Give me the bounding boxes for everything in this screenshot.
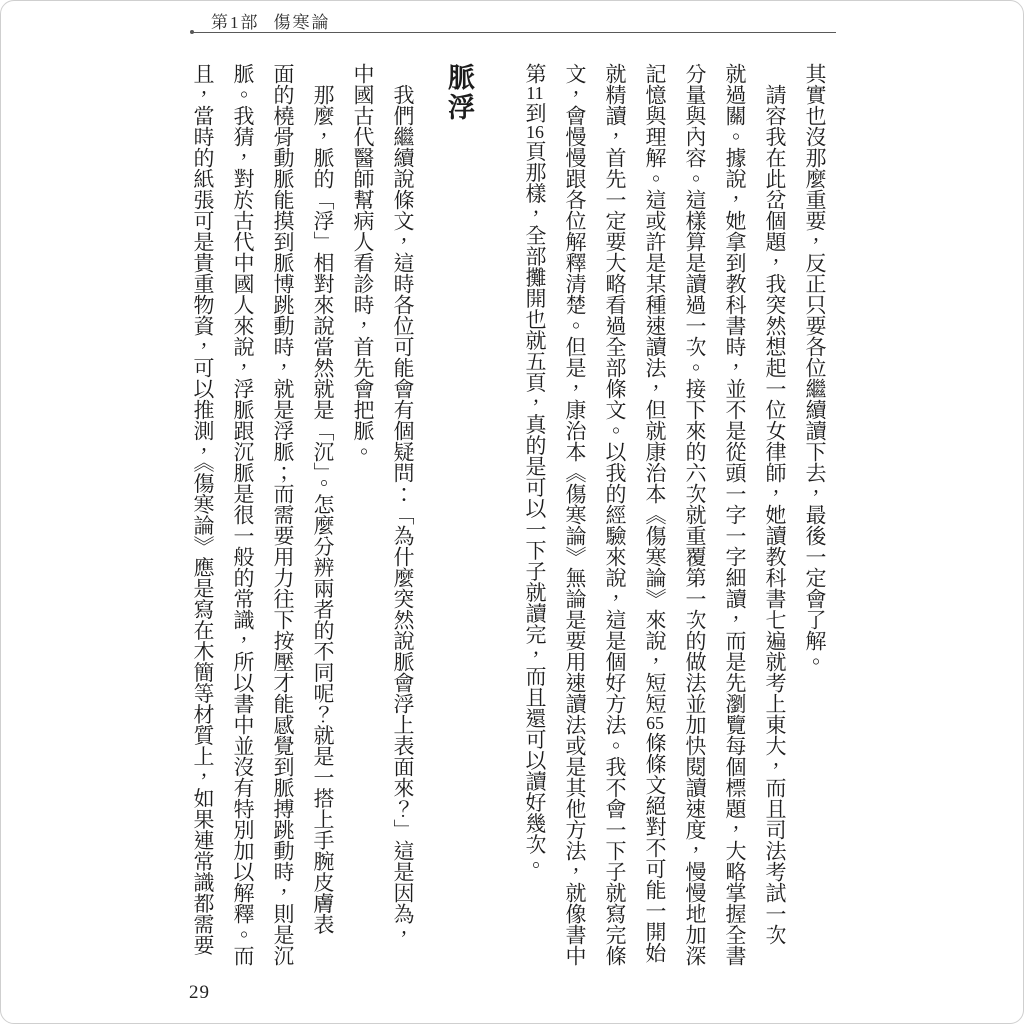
text-column: 請容我在此岔個題，我突然想起一位女律師，她讀教科書七遍就考上東大，而且司法考試一… [755, 63, 795, 971]
rule-dot-icon [190, 30, 194, 34]
text-column: 第11到16頁那樣，全部攤開也就五頁，真的是可以一下子就讀完，而且還可以讀好幾次… [515, 63, 555, 971]
text-column: 我們繼續說條文，這時各位可能會有個疑問：「為什麼突然說脈會浮上表面來？」這是因為… [383, 63, 423, 971]
text-column: 中國古代醫師幫病人看診時，首先會把脈。 [343, 63, 383, 971]
page-body: 其實也沒那麼重要，反正只要各位繼續讀下去，最後一定會了解。 請容我在此岔個題，我… [183, 63, 835, 971]
text-column: 脈。我猜，對於古代中國人來說，浮脈跟沉脈是很一般的常識，所以書中並沒有特別加以解… [223, 63, 263, 971]
text-column: 分量與內容。這樣算是讀過一次。接下來的六次就重覆第一次的做法並加快閱讀速度，慢慢… [675, 63, 715, 971]
running-header: 第1部傷寒論 [211, 8, 331, 33]
text-column: 就過關。據說，她拿到教科書時，並不是從頭一字一字細讀，而是先瀏覽每個標題，大略掌… [715, 63, 755, 971]
text-column: 且，當時的紙張可是貴重物資，可以推測，《傷寒論》應是寫在木簡等材質上，如果連常識… [183, 63, 223, 971]
text-column: 記憶與理解。這或許是某種速讀法，但就康治本《傷寒論》來說，短短65條條文絕對不可… [635, 63, 675, 971]
text-column: 那麼，脈的「浮」相對來說當然就是「沉」。怎麼分辨兩者的不同呢？就是一搭上手腕皮膚… [303, 63, 343, 971]
text-column: 就精讀，首先一定要大略看過全部條文。以我的經驗來說，這是個好方法。我不會一下子就… [595, 63, 635, 971]
book-title: 傷寒論 [274, 13, 331, 32]
text-column: 面的橈骨動脈能摸到脈博跳動時，就是浮脈；而需要用力往下按壓才能感覺到脈搏跳動時，… [263, 63, 303, 971]
page-number: 29 [189, 982, 210, 1004]
text-column: 其實也沒那麼重要，反正只要各位繼續讀下去，最後一定會了解。 [795, 63, 835, 971]
header-rule [191, 32, 836, 33]
book-page: 第1部傷寒論 其實也沒那麼重要，反正只要各位繼續讀下去，最後一定會了解。 請容我… [0, 0, 1024, 1024]
part-label: 第1部 [211, 13, 260, 32]
text-column: 文，會慢慢跟各位解釋清楚。但是，康治本《傷寒論》無論是要用速讀法或是其他方法，就… [555, 63, 595, 971]
section-heading: 脈浮 [433, 63, 485, 971]
